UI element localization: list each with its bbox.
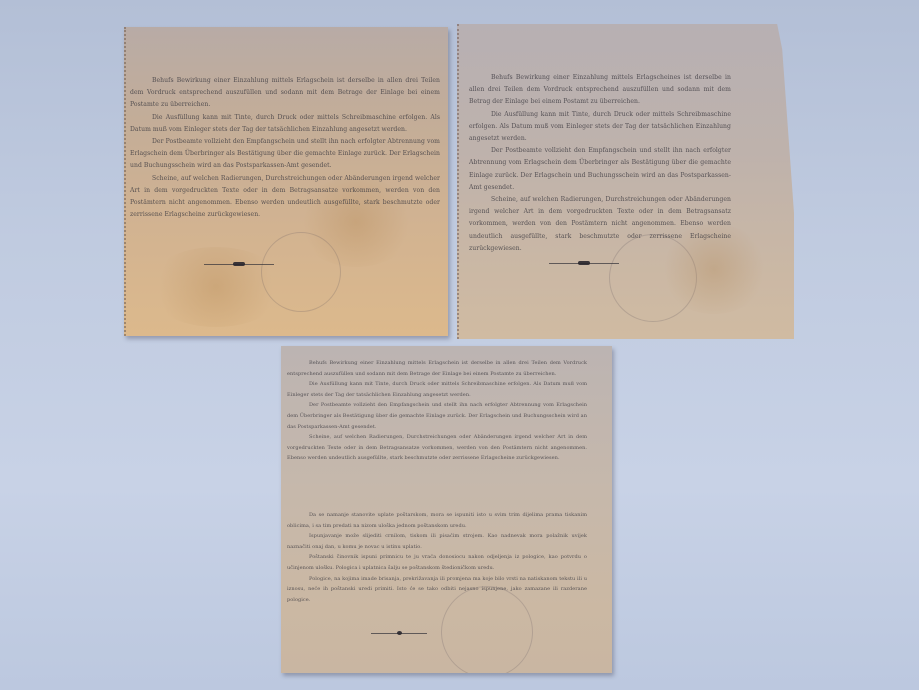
paragraph: Der Postbeamte vollzieht den Empfangsche… xyxy=(130,136,440,173)
paragraph: Die Ausfüllung kann mit Tinte, durch Dru… xyxy=(469,109,731,146)
paragraph: Der Postbeamte vollzieht den Empfangsche… xyxy=(469,145,731,194)
paragraph: Behufs Bewirkung einer Einzahlung mittel… xyxy=(469,72,731,109)
ornament-divider xyxy=(204,263,274,265)
paragraph: Die Ausfüllung kann mit Tinte, durch Dru… xyxy=(130,112,440,136)
paragraph: Scheine, auf welchen Radierungen, Durchs… xyxy=(130,173,440,222)
paragraph: Behufs Bewirkung einer Einzahlung mittel… xyxy=(130,75,440,112)
paragraph: Ispunjavanje može slijediti crnilom, tis… xyxy=(287,531,587,552)
instructions-text-german: Behufs Bewirkung einer Einzahlung mittel… xyxy=(130,75,440,221)
paragraph: Die Ausfüllung kann mit Tinte, durch Dru… xyxy=(287,379,587,400)
ornament-divider xyxy=(371,632,427,634)
paragraph: Scheine, auf welchen Radierungen, Durchs… xyxy=(469,194,731,255)
ornament-divider xyxy=(549,262,619,264)
receipt-slip-bottom: Behufs Bewirkung einer Einzahlung mittel… xyxy=(281,346,612,673)
paragraph: Scheine, auf welchen Radierungen, Durchs… xyxy=(287,432,587,464)
instructions-text-croatian: Da se namanje stanovite uplate poštarsko… xyxy=(287,510,587,605)
paragraph: Der Postbeamte vollzieht den Empfangsche… xyxy=(287,400,587,432)
receipt-slip-left: Behufs Bewirkung einer Einzahlung mittel… xyxy=(124,27,448,336)
paragraph: Poštanski činovnik ispuni primnicu te ju… xyxy=(287,552,587,573)
receipt-slip-right: Behufs Bewirkung einer Einzahlung mittel… xyxy=(457,24,794,339)
instructions-text-german: Behufs Bewirkung einer Einzahlung mittel… xyxy=(287,358,587,464)
instructions-text-german: Behufs Bewirkung einer Einzahlung mittel… xyxy=(469,72,731,255)
paragraph: Da se namanje stanovite uplate poštarsko… xyxy=(287,510,587,531)
paragraph: Pologice, na kojima imade brisanja, prek… xyxy=(287,574,587,606)
paragraph: Behufs Bewirkung einer Einzahlung mittel… xyxy=(287,358,587,379)
